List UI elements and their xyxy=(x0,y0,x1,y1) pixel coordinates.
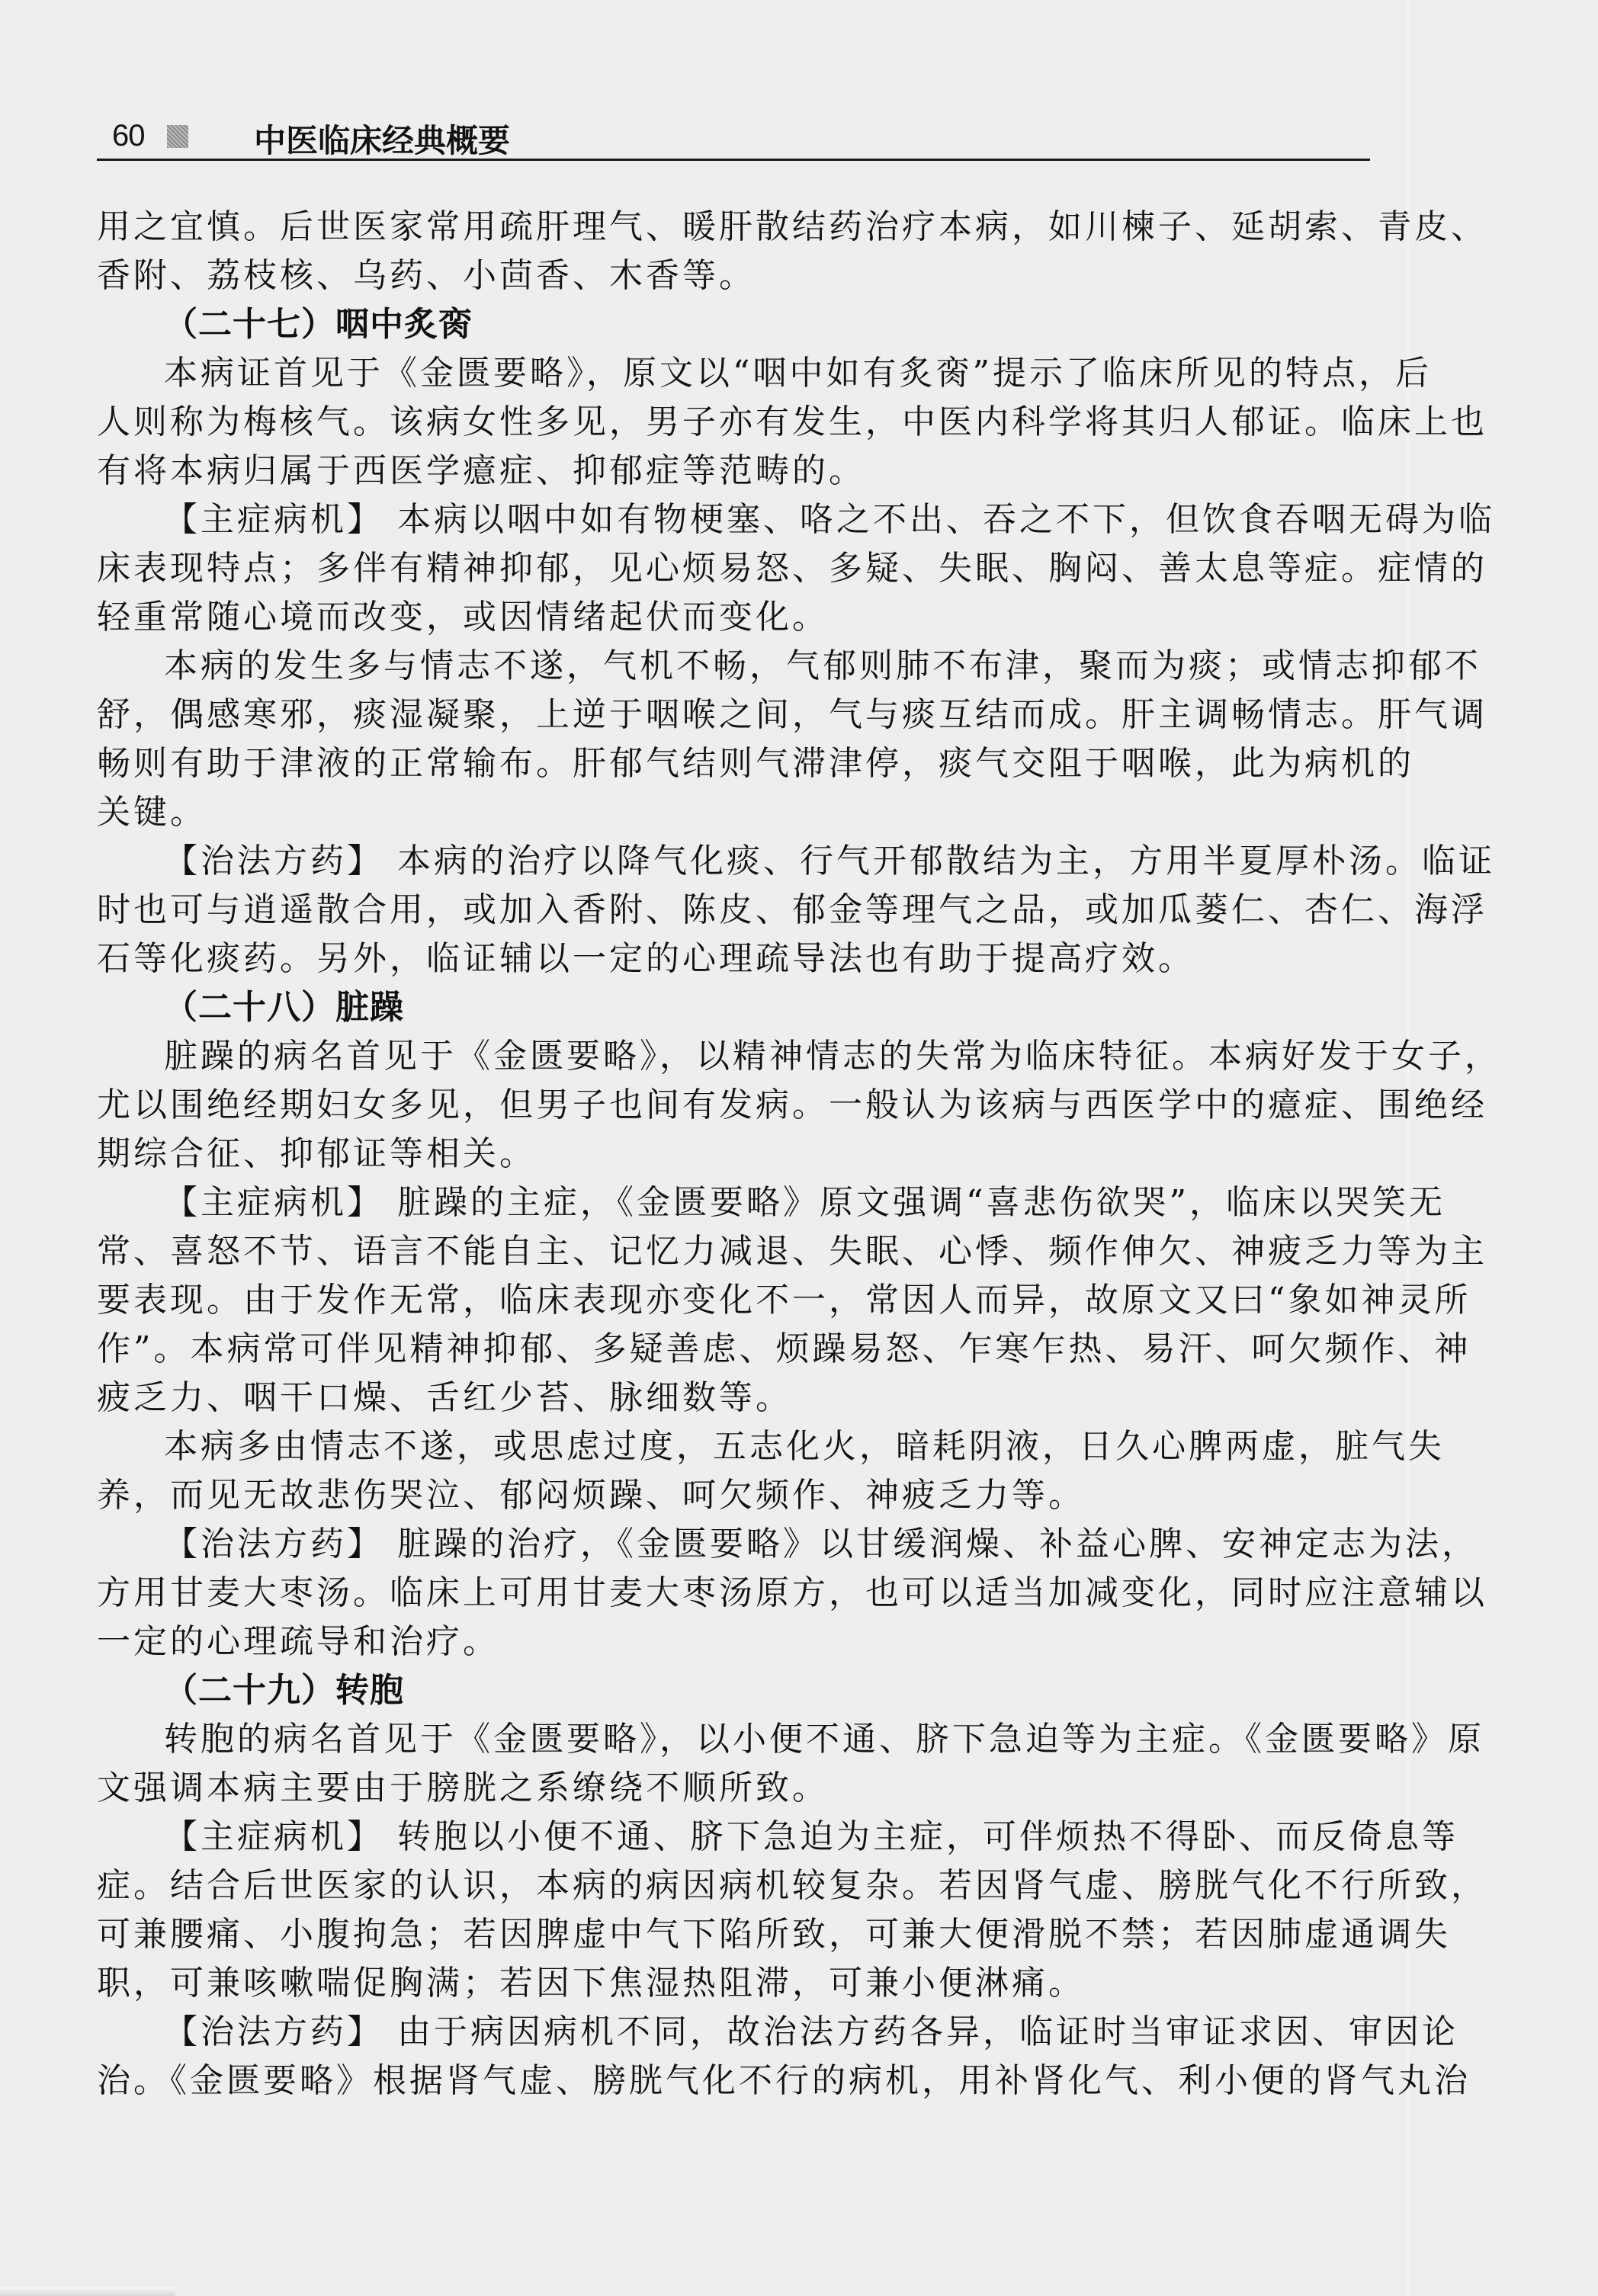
paragraph-line: 尤以围绝经期妇女多见，但男子也间有发病。一般认为该病与西医学中的癔症、围绝经 xyxy=(97,1082,1369,1128)
paragraph-line: 常、喜怒不节、语言不能自主、记忆力减退、失眠、心悸、频作伸欠、神疲乏力等为主 xyxy=(97,1229,1369,1275)
running-header: 60 中医临床经典概要 xyxy=(97,113,1370,163)
paragraph-line: 症。结合后世医家的认识，本病的病因病机较复杂。若因肾气虚、膀胱气化不行所致， xyxy=(97,1863,1369,1909)
paragraph-line: 养，而见无故悲伤哭泣、郁闷烦躁、呵欠频作、神疲乏力等。 xyxy=(97,1473,1085,1518)
paragraph-line: 职，可兼咳嗽喘促胸满；若因下焦湿热阻滞，可兼小便淋痛。 xyxy=(97,1961,1085,2006)
paragraph-line: 人则称为梅核气。该病女性多见，男子亦有发生，中医内科学将其归人郁证。临床上也 xyxy=(97,399,1369,445)
paragraph-line: 【主症病机】 脏躁的主症，《金匮要略》原文强调“喜悲伤欲哭”，临床以哭笑无 xyxy=(164,1180,1369,1226)
paragraph-text: 脏躁的治疗，《金匮要略》以甘缓润燥、补益心脾、安神定志为法， xyxy=(383,1525,1478,1563)
paragraph-line: 【治法方药】 本病的治疗以降气化痰、行气开郁散结为主，方用半夏厚朴汤。临证 xyxy=(164,839,1369,884)
paragraph-text: 脏躁的主症，《金匮要略》原文强调“喜悲伤欲哭”，临床以哭笑无 xyxy=(383,1183,1446,1222)
subsection-label: 【主症病机】 xyxy=(164,1183,383,1222)
paragraph-line: 有将本病归属于西医学癔症、抑郁症等范畴的。 xyxy=(97,448,865,494)
paragraph-line: 床表现特点；多伴有精神抑郁，见心烦易怒、多疑、失眠、胸闷、善太息等症。症情的 xyxy=(97,546,1369,592)
paragraph-line: 要表现。由于发作无常，临床表现亦变化不一，常因人而异，故原文又曰“象如神灵所 xyxy=(97,1278,1369,1323)
paragraph-line: 香附、荔枝核、乌药、小茴香、木香等。 xyxy=(97,253,756,299)
scan-artifact xyxy=(0,2287,175,2296)
paragraph-text: 由于病因病机不同，故治法方药各异，临证时当审证求因、审因论 xyxy=(383,2012,1458,2051)
page-number: 60 xyxy=(112,119,145,153)
paragraph-line: 本病多由情志不遂，或思虑过度，五志化火，暗耗阴液，日久心脾两虚，脏气失 xyxy=(164,1424,1369,1470)
paragraph-line: 一定的心理疏导和治疗。 xyxy=(97,1619,499,1665)
paragraph-line: 转胞的病名首见于《金匮要略》，以小便不通、脐下急迫等为主症。《金匮要略》原 xyxy=(164,1717,1369,1762)
paragraph-line: 轻重常随心境而改变，或因情绪起伏而变化。 xyxy=(97,595,829,640)
paragraph-text: 转胞以小便不通、脐下急迫为主症，可伴烦热不得卧、而反倚息等 xyxy=(383,1817,1458,1856)
paragraph-text: 本病以咽中如有物梗塞、咯之不出、吞之不下，但饮食吞咽无碍为临 xyxy=(383,500,1495,539)
header-square-mark-icon xyxy=(167,125,188,148)
paragraph-line: 本病证首见于《金匮要略》，原文以“咽中如有炙脔”提示了临床所见的特点，后 xyxy=(164,351,1369,396)
subsection-label: 【主症病机】 xyxy=(164,500,383,539)
paragraph-line: 治。《金匮要略》根据肾气虚、膀胱气化不行的病机，用补肾化气、利小便的肾气丸治 xyxy=(97,2058,1369,2104)
section-heading: （二十七）咽中炙脔 xyxy=(164,302,473,348)
paragraph-line: 用之宜慎。后世医家常用疏肝理气、暖肝散结药治疗本病，如川楝子、延胡索、青皮、 xyxy=(97,204,1369,250)
header-rule xyxy=(97,159,1370,161)
section-heading: （二十八）脏躁 xyxy=(164,985,404,1031)
paragraph-line: 【主症病机】 本病以咽中如有物梗塞、咯之不出、吞之不下，但饮食吞咽无碍为临 xyxy=(164,497,1369,543)
book-title: 中医临床经典概要 xyxy=(254,116,510,162)
paragraph-line: 期综合征、抑郁证等相关。 xyxy=(97,1131,536,1177)
subsection-label: 【治法方药】 xyxy=(164,842,383,880)
paragraph-line: 石等化痰药。另外，临证辅以一定的心理疏导法也有助于提高疗效。 xyxy=(97,936,1195,982)
subsection-label: 【治法方药】 xyxy=(164,2012,383,2051)
paragraph-line: 方用甘麦大枣汤。临床上可用甘麦大枣汤原方，也可以适当加减变化，同时应注意辅以 xyxy=(97,1570,1369,1616)
paragraph-line: 【主症病机】 转胞以小便不通、脐下急迫为主症，可伴烦热不得卧、而反倚息等 xyxy=(164,1814,1369,1860)
paragraph-line: 本病的发生多与情志不遂，气机不畅，气郁则肺不布津，聚而为痰；或情志抑郁不 xyxy=(164,643,1369,689)
paragraph-line: 脏躁的病名首见于《金匮要略》，以精神情志的失常为临床特征。本病好发于女子， xyxy=(164,1034,1369,1079)
paragraph-line: 疲乏力、咽干口燥、舌红少苔、脉细数等。 xyxy=(97,1375,792,1421)
paragraph-line: 畅则有助于津液的正常输布。肝郁气结则气滞津停，痰气交阻于咽喉，此为病机的 xyxy=(97,741,1369,787)
paragraph-line: 文强调本病主要由于膀胱之系缭绕不顺所致。 xyxy=(97,1765,829,1811)
paragraph-line: 作”。本病常可伴见精神抑郁、多疑善虑、烦躁易怒、乍寒乍热、易汗、呵欠频作、神 xyxy=(97,1326,1369,1372)
subsection-label: 【主症病机】 xyxy=(164,1817,383,1856)
paragraph-line: 关键。 xyxy=(97,790,207,835)
paragraph-line: 舒，偶感寒邪，痰湿凝聚，上逆于咽喉之间，气与痰互结而成。肝主调畅情志。肝气调 xyxy=(97,692,1369,738)
paragraph-text: 本病的治疗以降气化痰、行气开郁散结为主，方用半夏厚朴汤。临证 xyxy=(383,842,1495,880)
paragraph-line: 可兼腰痛、小腹拘急；若因脾虚中气下陷所致，可兼大便滑脱不禁；若因肺虚通调失 xyxy=(97,1912,1369,1958)
section-heading: （二十九）转胞 xyxy=(164,1668,404,1714)
paragraph-line: 【治法方药】 脏躁的治疗，《金匮要略》以甘缓润燥、补益心脾、安神定志为法， xyxy=(164,1522,1369,1567)
subsection-label: 【治法方药】 xyxy=(164,1525,383,1563)
paragraph-line: 【治法方药】 由于病因病机不同，故治法方药各异，临证时当审证求因、审因论 xyxy=(164,2009,1369,2055)
paragraph-line: 时也可与逍遥散合用，或加入香附、陈皮、郁金等理气之品，或加瓜蒌仁、杏仁、海浮 xyxy=(97,887,1369,933)
